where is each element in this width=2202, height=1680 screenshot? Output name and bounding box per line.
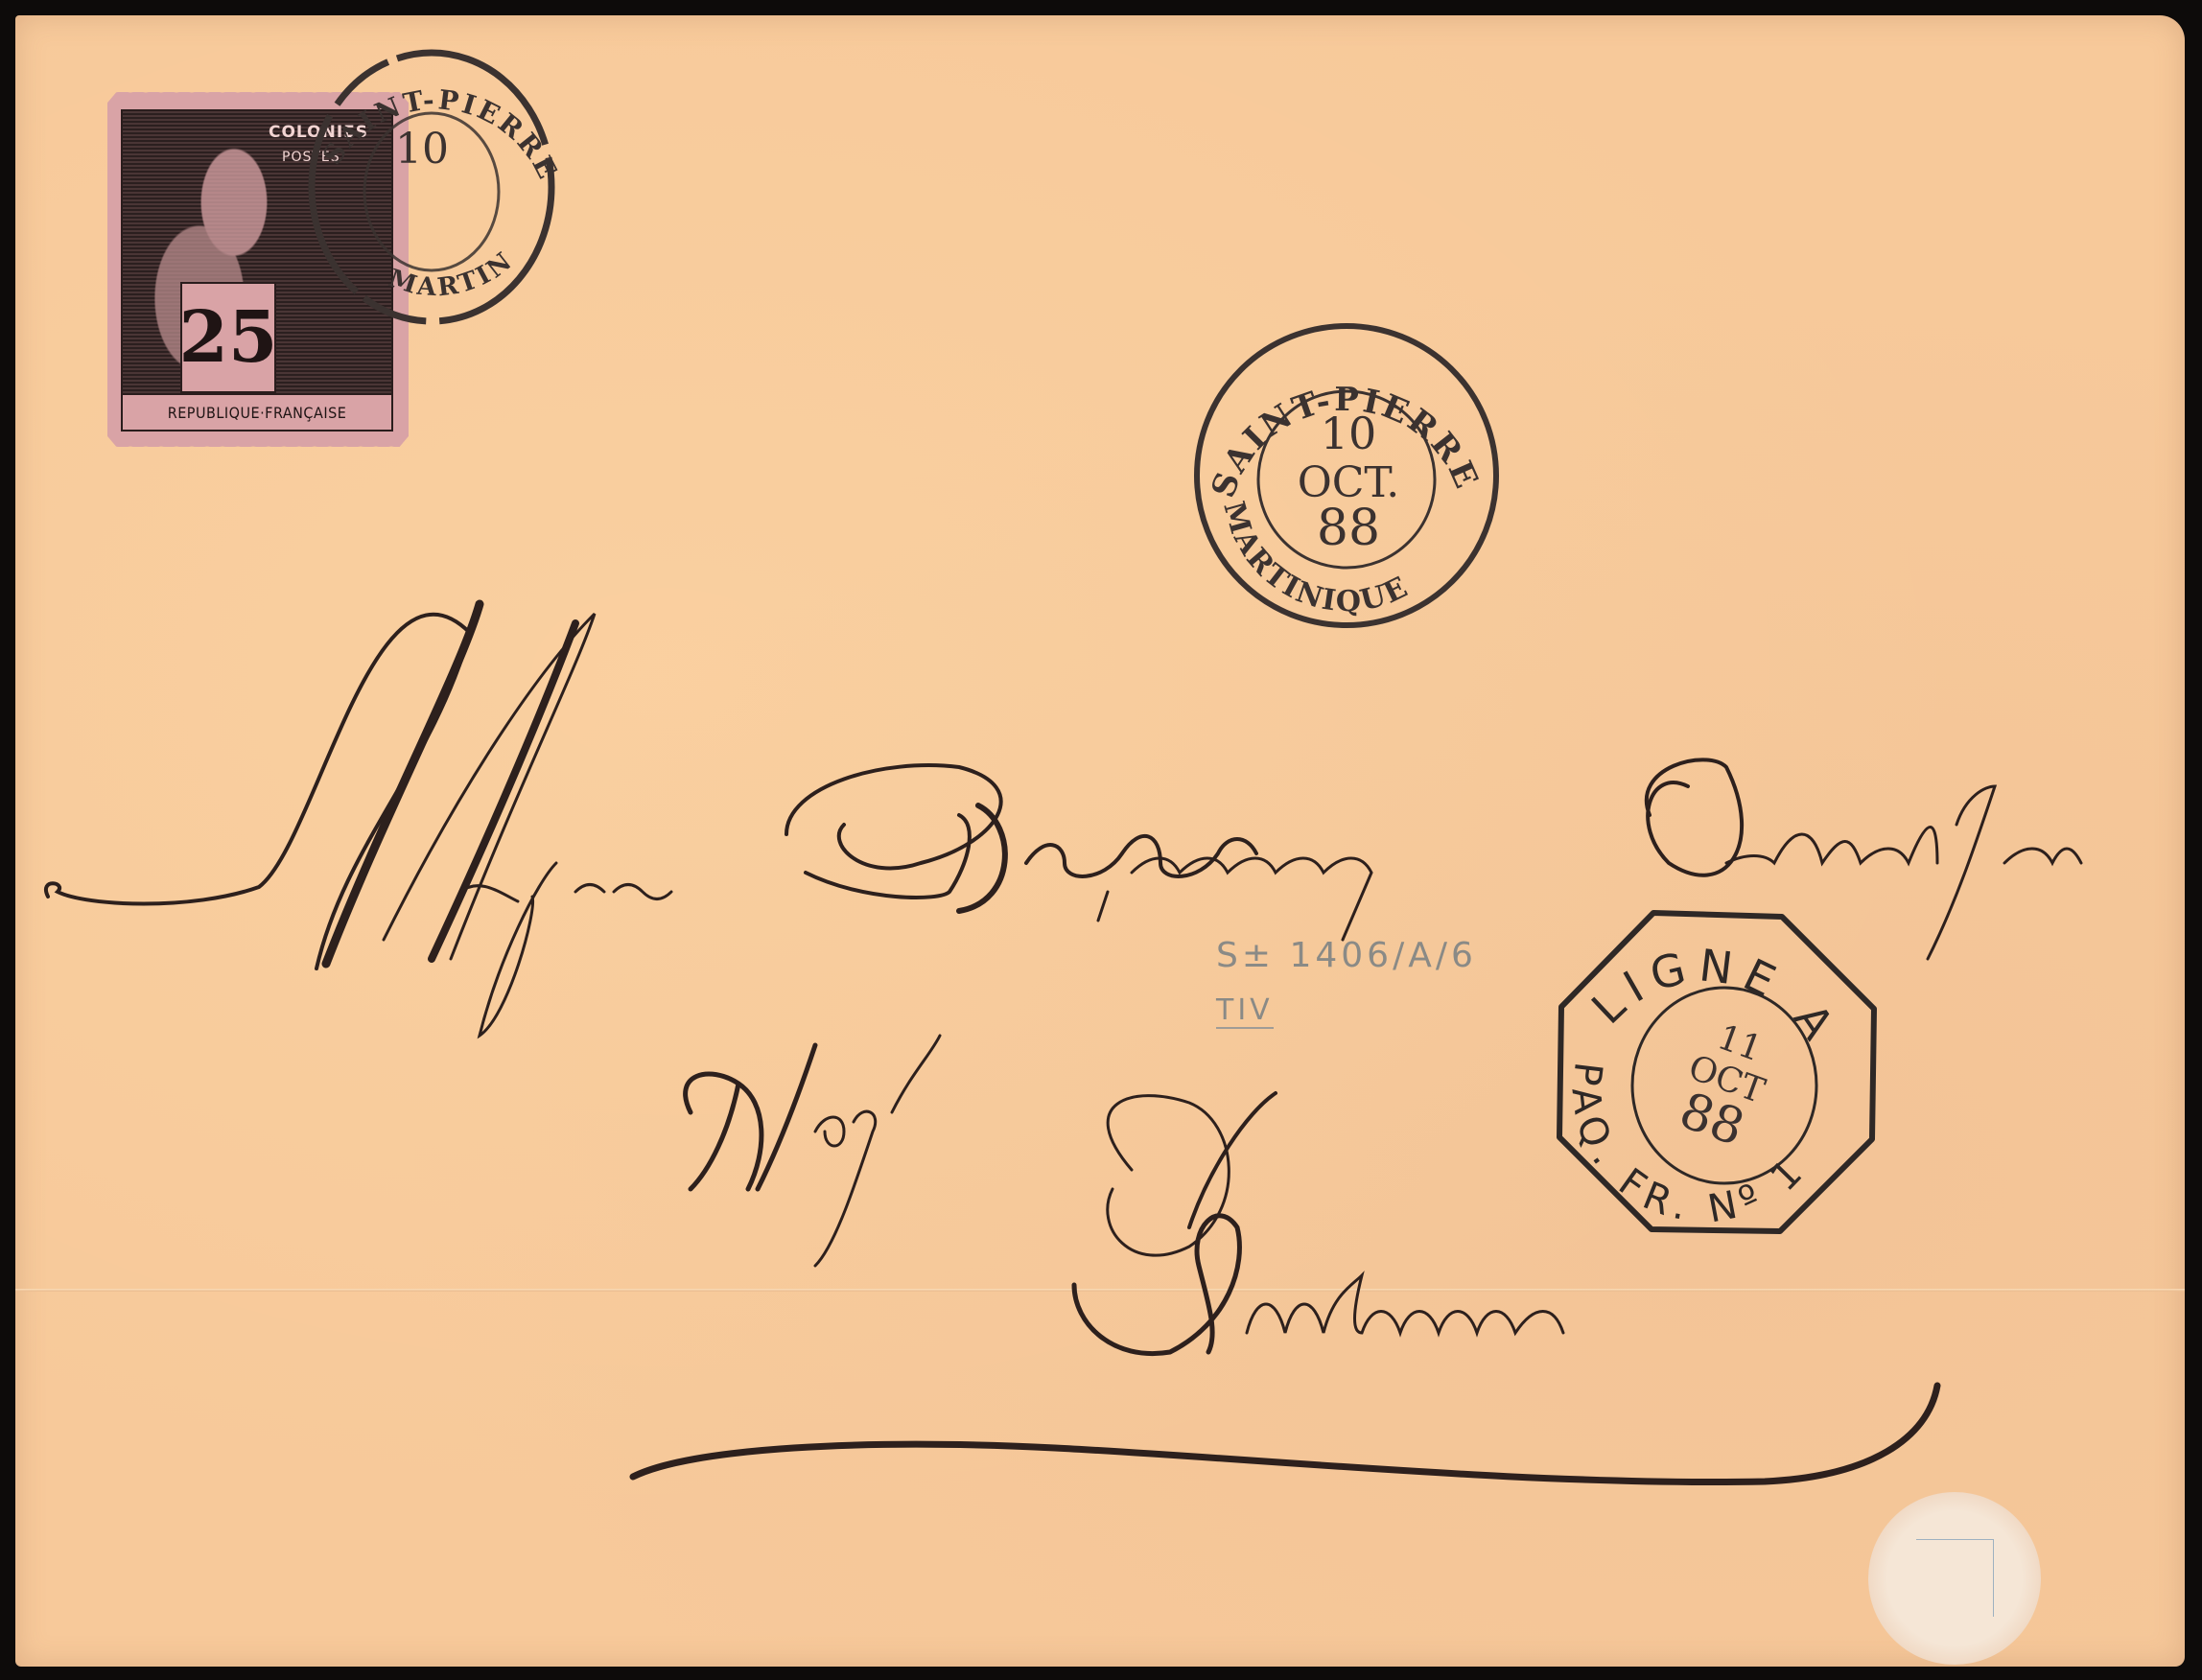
address-city: Bordeaux — [1247, 1323, 1252, 1324]
cancel-day: 10 — [395, 125, 449, 174]
envelope-fold-line — [15, 1289, 2185, 1292]
svg-text:LIGNE A: LIGNE A — [1581, 939, 1849, 1056]
stamp-country-text: REPUBLIQUE·FRANÇAISE — [123, 393, 391, 430]
saint-pierre-year: 88 — [1317, 500, 1380, 557]
stamp-value: 25 — [179, 302, 278, 373]
stamp-value-box: 25 — [180, 282, 276, 393]
hinge-pencil-lines — [1916, 1539, 1994, 1617]
address-occupation: Négts — [729, 1132, 732, 1132]
ligne-a-paquebot-postmark: LIGNE A PAQ. FR. Nº 1 11 OCT 88 — [1536, 894, 1897, 1254]
pencil-type-note: TIV — [1216, 993, 1274, 1029]
address-salutation: Messieurs — [671, 863, 676, 864]
saint-pierre-postmark: SAINT-PIERRE 10 OCT. 88 MARTINIQUE — [1185, 315, 1508, 637]
stamp-cancel-postmark: SAINT-PIERRE 10 MARTINIQUE — [288, 29, 566, 345]
ligne-a-text: LIGNE A — [1581, 939, 1849, 1056]
address-name: Besse, neveux Cabral Jne — [1055, 863, 1067, 864]
pencil-catalog-note: S± 1406/A/6 — [1216, 936, 1477, 975]
saint-pierre-day: 10 — [1321, 408, 1377, 459]
